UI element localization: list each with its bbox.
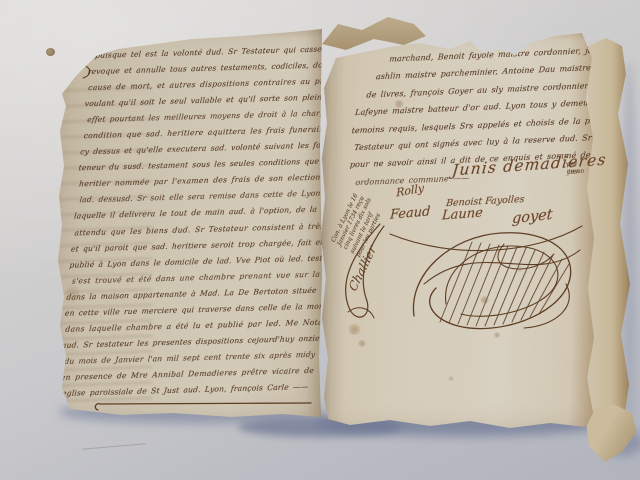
paper-stain — [480, 296, 489, 304]
margin-signature-flourish — [328, 216, 388, 328]
background-speck — [46, 48, 55, 56]
signature-side-note-line: put dition — [566, 159, 585, 175]
paper-stain — [66, 284, 79, 303]
manuscript-left-page: puisque tel est la volonté dud. Sr Testa… — [52, 26, 322, 422]
paraphe-flourish — [406, 224, 584, 336]
stray-hair-mark — [82, 443, 146, 450]
manuscript-photograph: marchand, Benoit fayole maistre cordonni… — [0, 0, 640, 480]
closing-rule-stroke — [90, 400, 316, 414]
paper-stain — [516, 266, 523, 272]
paper-stain — [348, 324, 361, 335]
paper-stain — [448, 376, 454, 381]
manuscript-right-page: marchand, Benoit fayole maistre cordonni… — [320, 28, 604, 432]
paper-stain — [394, 100, 404, 108]
paper-stain — [494, 332, 500, 338]
paper-stain — [358, 340, 366, 347]
